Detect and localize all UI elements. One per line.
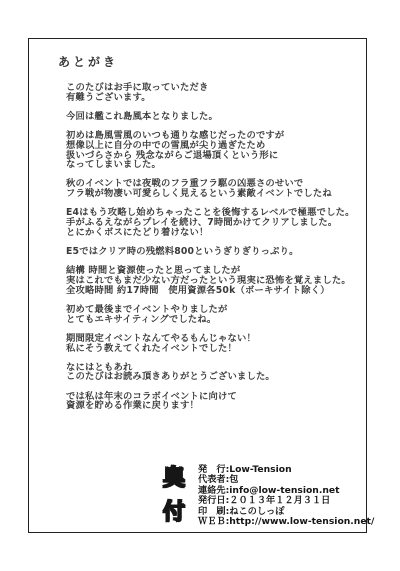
paragraph: では私は年末のコラボイベントに向けて 資源を貯める作業に戻ります！: [66, 392, 362, 412]
colophon-info: 発 行:Low-Tension 代表者:包 連絡先:info@low-tensi…: [198, 465, 374, 527]
page-title: あとがき: [58, 53, 118, 70]
page-border: あとがき このたびはお手に取っていただき 有難うございます。 今回は艦これ島風本…: [28, 38, 367, 533]
paragraph: 秋のイベントでは夜戦のフラ重フラ駆の凶悪さのせいで フラ戦が物凄い可愛らしく見え…: [66, 179, 362, 199]
text-line: とてもエキサイティングでしたね。: [66, 315, 362, 325]
text-line: 全攻略時間 約17時間 使用資源各50k（ボーキサイト除く）: [66, 286, 362, 296]
text-line: このたびはお読み頂きありがとうございました。: [66, 372, 362, 382]
paragraph: E5ではクリア時の残燃料800というぎりぎりっぷり。: [66, 247, 362, 257]
colophon-vertical-title: 奥 付: [163, 468, 185, 536]
text-line: 今回は艦これ島風本となりました。: [66, 112, 362, 122]
paragraph: 期間限定イベントなんてやるもんじゃない！ 私にそう教えてくれたイベントでした！: [66, 334, 362, 354]
colophon-title-char: 付: [163, 502, 185, 524]
paragraph: 初めて最後までイベントやりましたが とてもエキサイティングでしたね。: [66, 305, 362, 325]
web-line: ＷＥＢ:http://www.low-tension.net/: [198, 517, 374, 527]
paragraph: このたびはお手に取っていただき 有難うございます。: [66, 83, 362, 103]
paragraph: 初めは島風雪風のいつも通りな感じだったのですが 想像以上に自分の中での雪風が尖り…: [66, 131, 362, 170]
text-line: 私にそう教えてくれたイベントでした！: [66, 344, 362, 354]
paragraph: 今回は艦これ島風本となりました。: [66, 112, 362, 122]
colophon: 奥 付 発 行:Low-Tension 代表者:包 連絡先:info@low-t…: [163, 465, 374, 536]
text-line: E5ではクリア時の残燃料800というぎりぎりっぷり。: [66, 247, 362, 257]
paragraph: 結構 時間と資源使ったと思ってましたが 実はこれでもまだ少ない方だったという現実…: [66, 266, 362, 295]
text-line: フラ戦が物凄い可愛らしく見えるという素敵イベントでしたね: [66, 189, 362, 199]
colophon-title-char: 奥: [163, 468, 185, 490]
paragraph: なにはともあれ このたびはお読み頂きありがとうございました。: [66, 363, 362, 383]
text-line: 有難うございます。: [66, 93, 362, 103]
text-line: 資源を貯める作業に戻ります！: [66, 401, 362, 411]
paragraph: E4はもう攻略し始めちゃったことを後悔するレベルで極悪でした。 手がふるえながら…: [66, 208, 362, 237]
text-line: なってしまいました。: [66, 160, 362, 170]
text-line: とにかくボスにたどり着けない！: [66, 228, 362, 238]
afterword-body: このたびはお手に取っていただき 有難うございます。 今回は艦これ島風本となりまし…: [66, 83, 362, 420]
